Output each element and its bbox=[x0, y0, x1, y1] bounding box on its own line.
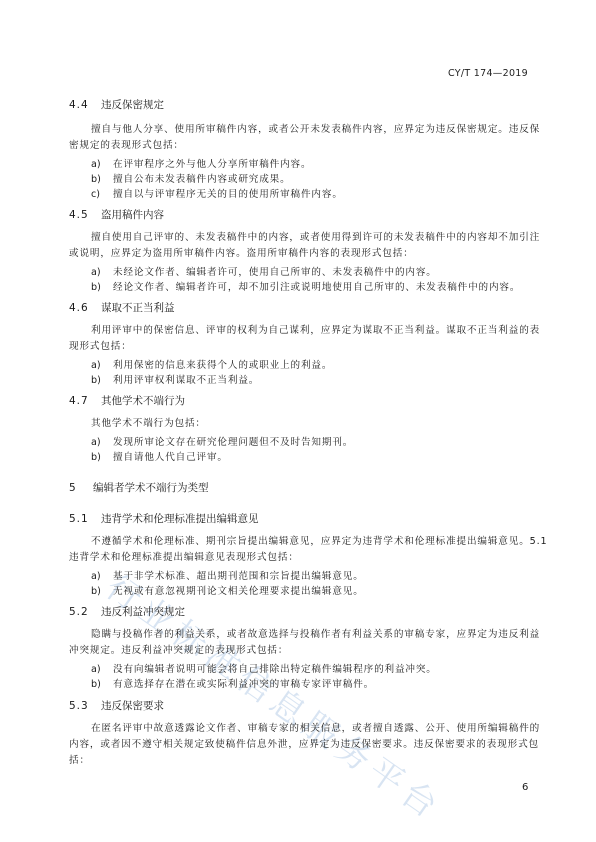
list-item-text: 基于非学术标准、超出期刊范围和宗旨提出编辑意见。 bbox=[113, 571, 364, 582]
list-marker: b) bbox=[91, 174, 113, 185]
list-marker: b) bbox=[91, 375, 113, 386]
section-number: 4.7 bbox=[69, 395, 101, 407]
list-item-text: 擅自以与评审程序无关的目的使用所审稿件内容。 bbox=[113, 189, 343, 200]
paragraph-line: 隐瞒与投稿作者的利益关系，或者故意选择与投稿作者有利益关系的审稿专家，应界定为违… bbox=[91, 630, 540, 640]
page-number: 6 bbox=[522, 782, 528, 793]
section-heading-4-4: 4.4违反保密规定 bbox=[69, 97, 164, 112]
list-marker: a) bbox=[91, 437, 113, 448]
standard-code-header: CY/T 174—2019 bbox=[448, 68, 528, 79]
section-heading-5-3: 5.3违反保密要求 bbox=[69, 698, 164, 713]
section-heading-4-7: 4.7其他学术不端行为 bbox=[69, 393, 185, 408]
paragraph-line: 密规定的表现形式包括： bbox=[69, 141, 184, 151]
list-item: b)擅自请他人代自己评审。 bbox=[91, 449, 228, 463]
list-item-text: 无视或有意忽视期刊论文相关伦理要求提出编辑意见。 bbox=[113, 586, 364, 597]
paragraph-line: 擅自使用自己评审的、未发表稿件中的内容，或者使用得到许可的未发表稿件中的内容却不… bbox=[91, 233, 540, 243]
list-item-text: 在评审程序之外与他人分享所审稿件内容。 bbox=[113, 159, 311, 170]
list-item: b)经论文作者、编辑者许可，却不加引注或说明地使用自己所审的、未发表稿件中的内容… bbox=[91, 279, 520, 293]
list-item: b)无视或有意忽视期刊论文相关伦理要求提出编辑意见。 bbox=[91, 583, 364, 597]
section-number: 5.2 bbox=[69, 606, 101, 618]
section-title: 谋取不正当利益 bbox=[101, 302, 175, 314]
paragraph-line: 擅自与他人分享、使用所审稿件内容，或者公开未发表稿件内容，应界定为违反保密规定。… bbox=[91, 125, 540, 135]
section-number: 4.4 bbox=[69, 99, 101, 111]
list-item: a)利用保密的信息来获得个人的或职业上的利益。 bbox=[91, 357, 332, 371]
list-item-text: 有意选择存在潜在或实际利益冲突的审稿专家评审稿件。 bbox=[113, 679, 374, 690]
chapter-heading-5: 5编辑者学术不端行为类型 bbox=[69, 480, 209, 495]
section-title: 盗用稿件内容 bbox=[101, 209, 164, 221]
list-marker: b) bbox=[91, 679, 113, 690]
section-title: 违反保密要求 bbox=[101, 700, 164, 712]
paragraph-line: 或说明，应界定为盗用所审稿件内容。盗用所审稿件内容的表现形式包括： bbox=[69, 249, 414, 259]
section-heading-5-1: 5.1违背学术和伦理标准提出编辑意见 bbox=[69, 511, 259, 526]
section-heading-4-5: 4.5盗用稿件内容 bbox=[69, 207, 164, 222]
chapter-number: 5 bbox=[69, 482, 93, 494]
list-marker: b) bbox=[91, 586, 113, 597]
list-marker: a) bbox=[91, 571, 113, 582]
section-title: 违反保密规定 bbox=[101, 99, 164, 111]
paragraph-line: 内容，或者因不遵守相关规定致使稿件信息外泄，应界定为违反保密要求。违反保密要求的… bbox=[69, 740, 539, 750]
section-heading-4-6: 4.6谋取不正当利益 bbox=[69, 300, 175, 315]
paragraph-line: 不遵循学术和伦理标准、期刊宗旨提出编辑意见，应界定为违背学术和伦理标准提出编辑意… bbox=[91, 537, 547, 547]
list-item-text: 经论文作者、编辑者许可，却不加引注或说明地使用自己所审的、未发表稿件中的内容。 bbox=[113, 282, 520, 293]
list-item: a)没有向编辑者说明可能会将自己排除出特定稿件编辑程序的利益冲突。 bbox=[91, 661, 437, 675]
watermark: 行业标准信息服务平台 bbox=[98, 560, 454, 830]
section-heading-5-2: 5.2违反利益冲突规定 bbox=[69, 604, 185, 619]
section-title: 其他学术不端行为 bbox=[101, 395, 185, 407]
list-marker: a) bbox=[91, 267, 113, 278]
document-page: 行业标准信息服务平台 CY/T 174—2019 4.4违反保密规定 擅自与他人… bbox=[0, 0, 596, 842]
list-item: a)在评审程序之外与他人分享所审稿件内容。 bbox=[91, 156, 311, 170]
list-item: a)发现所审论文存在研究伦理问题但不及时告知期刊。 bbox=[91, 434, 353, 448]
list-marker: b) bbox=[91, 282, 113, 293]
paragraph-line: 括： bbox=[69, 756, 90, 766]
list-item: b)擅自公布未发表稿件内容或研究成果。 bbox=[91, 171, 291, 185]
list-item-text: 擅自公布未发表稿件内容或研究成果。 bbox=[113, 174, 291, 185]
list-item: c)擅自以与评审程序无关的目的使用所审稿件内容。 bbox=[91, 186, 343, 200]
section-number: 4.5 bbox=[69, 209, 101, 221]
section-number: 5.1 bbox=[69, 513, 101, 525]
list-marker: c) bbox=[91, 189, 113, 200]
paragraph-line: 现形式包括： bbox=[69, 342, 132, 352]
list-item: a)基于非学术标准、超出期刊范围和宗旨提出编辑意见。 bbox=[91, 568, 364, 582]
list-item-text: 利用评审权利谋取不正当利益。 bbox=[113, 375, 259, 386]
list-marker: a) bbox=[91, 664, 113, 675]
list-item-text: 利用保密的信息来获得个人的或职业上的利益。 bbox=[113, 360, 332, 371]
paragraph-line: 在匿名评审中故意透露论文作者、审稿专家的相关信息，或者擅自透露、公开、使用所编辑… bbox=[91, 724, 540, 734]
list-item-text: 未经论文作者、编辑者许可，使用自己所审的、未发表稿件中的内容。 bbox=[113, 267, 437, 278]
list-marker: b) bbox=[91, 452, 113, 463]
list-item-text: 发现所审论文存在研究伦理问题但不及时告知期刊。 bbox=[113, 437, 353, 448]
chapter-title: 编辑者学术不端行为类型 bbox=[93, 482, 209, 494]
paragraph-line: 其他学术不端行为包括： bbox=[91, 419, 206, 429]
list-marker: a) bbox=[91, 360, 113, 371]
list-marker: a) bbox=[91, 159, 113, 170]
paragraph-line: 利用评审中的保密信息、评审的权利为自己谋利，应界定为谋取不正当利益。谋取不正当利… bbox=[91, 326, 540, 336]
list-item: b)有意选择存在潜在或实际利益冲突的审稿专家评审稿件。 bbox=[91, 676, 374, 690]
list-item: a)未经论文作者、编辑者许可，使用自己所审的、未发表稿件中的内容。 bbox=[91, 264, 437, 278]
paragraph-line: 冲突规定。违反利益冲突规定的表现形式包括： bbox=[69, 646, 288, 656]
list-item: b)利用评审权利谋取不正当利益。 bbox=[91, 372, 259, 386]
section-number: 4.6 bbox=[69, 302, 101, 314]
list-item-text: 擅自请他人代自己评审。 bbox=[113, 452, 228, 463]
list-item-text: 没有向编辑者说明可能会将自己排除出特定稿件编辑程序的利益冲突。 bbox=[113, 664, 437, 675]
section-title: 违反利益冲突规定 bbox=[101, 606, 185, 618]
section-number: 5.3 bbox=[69, 700, 101, 712]
paragraph-line: 违背学术和伦理标准提出编辑意见表现形式包括： bbox=[69, 553, 299, 563]
section-title: 违背学术和伦理标准提出编辑意见 bbox=[101, 513, 259, 525]
